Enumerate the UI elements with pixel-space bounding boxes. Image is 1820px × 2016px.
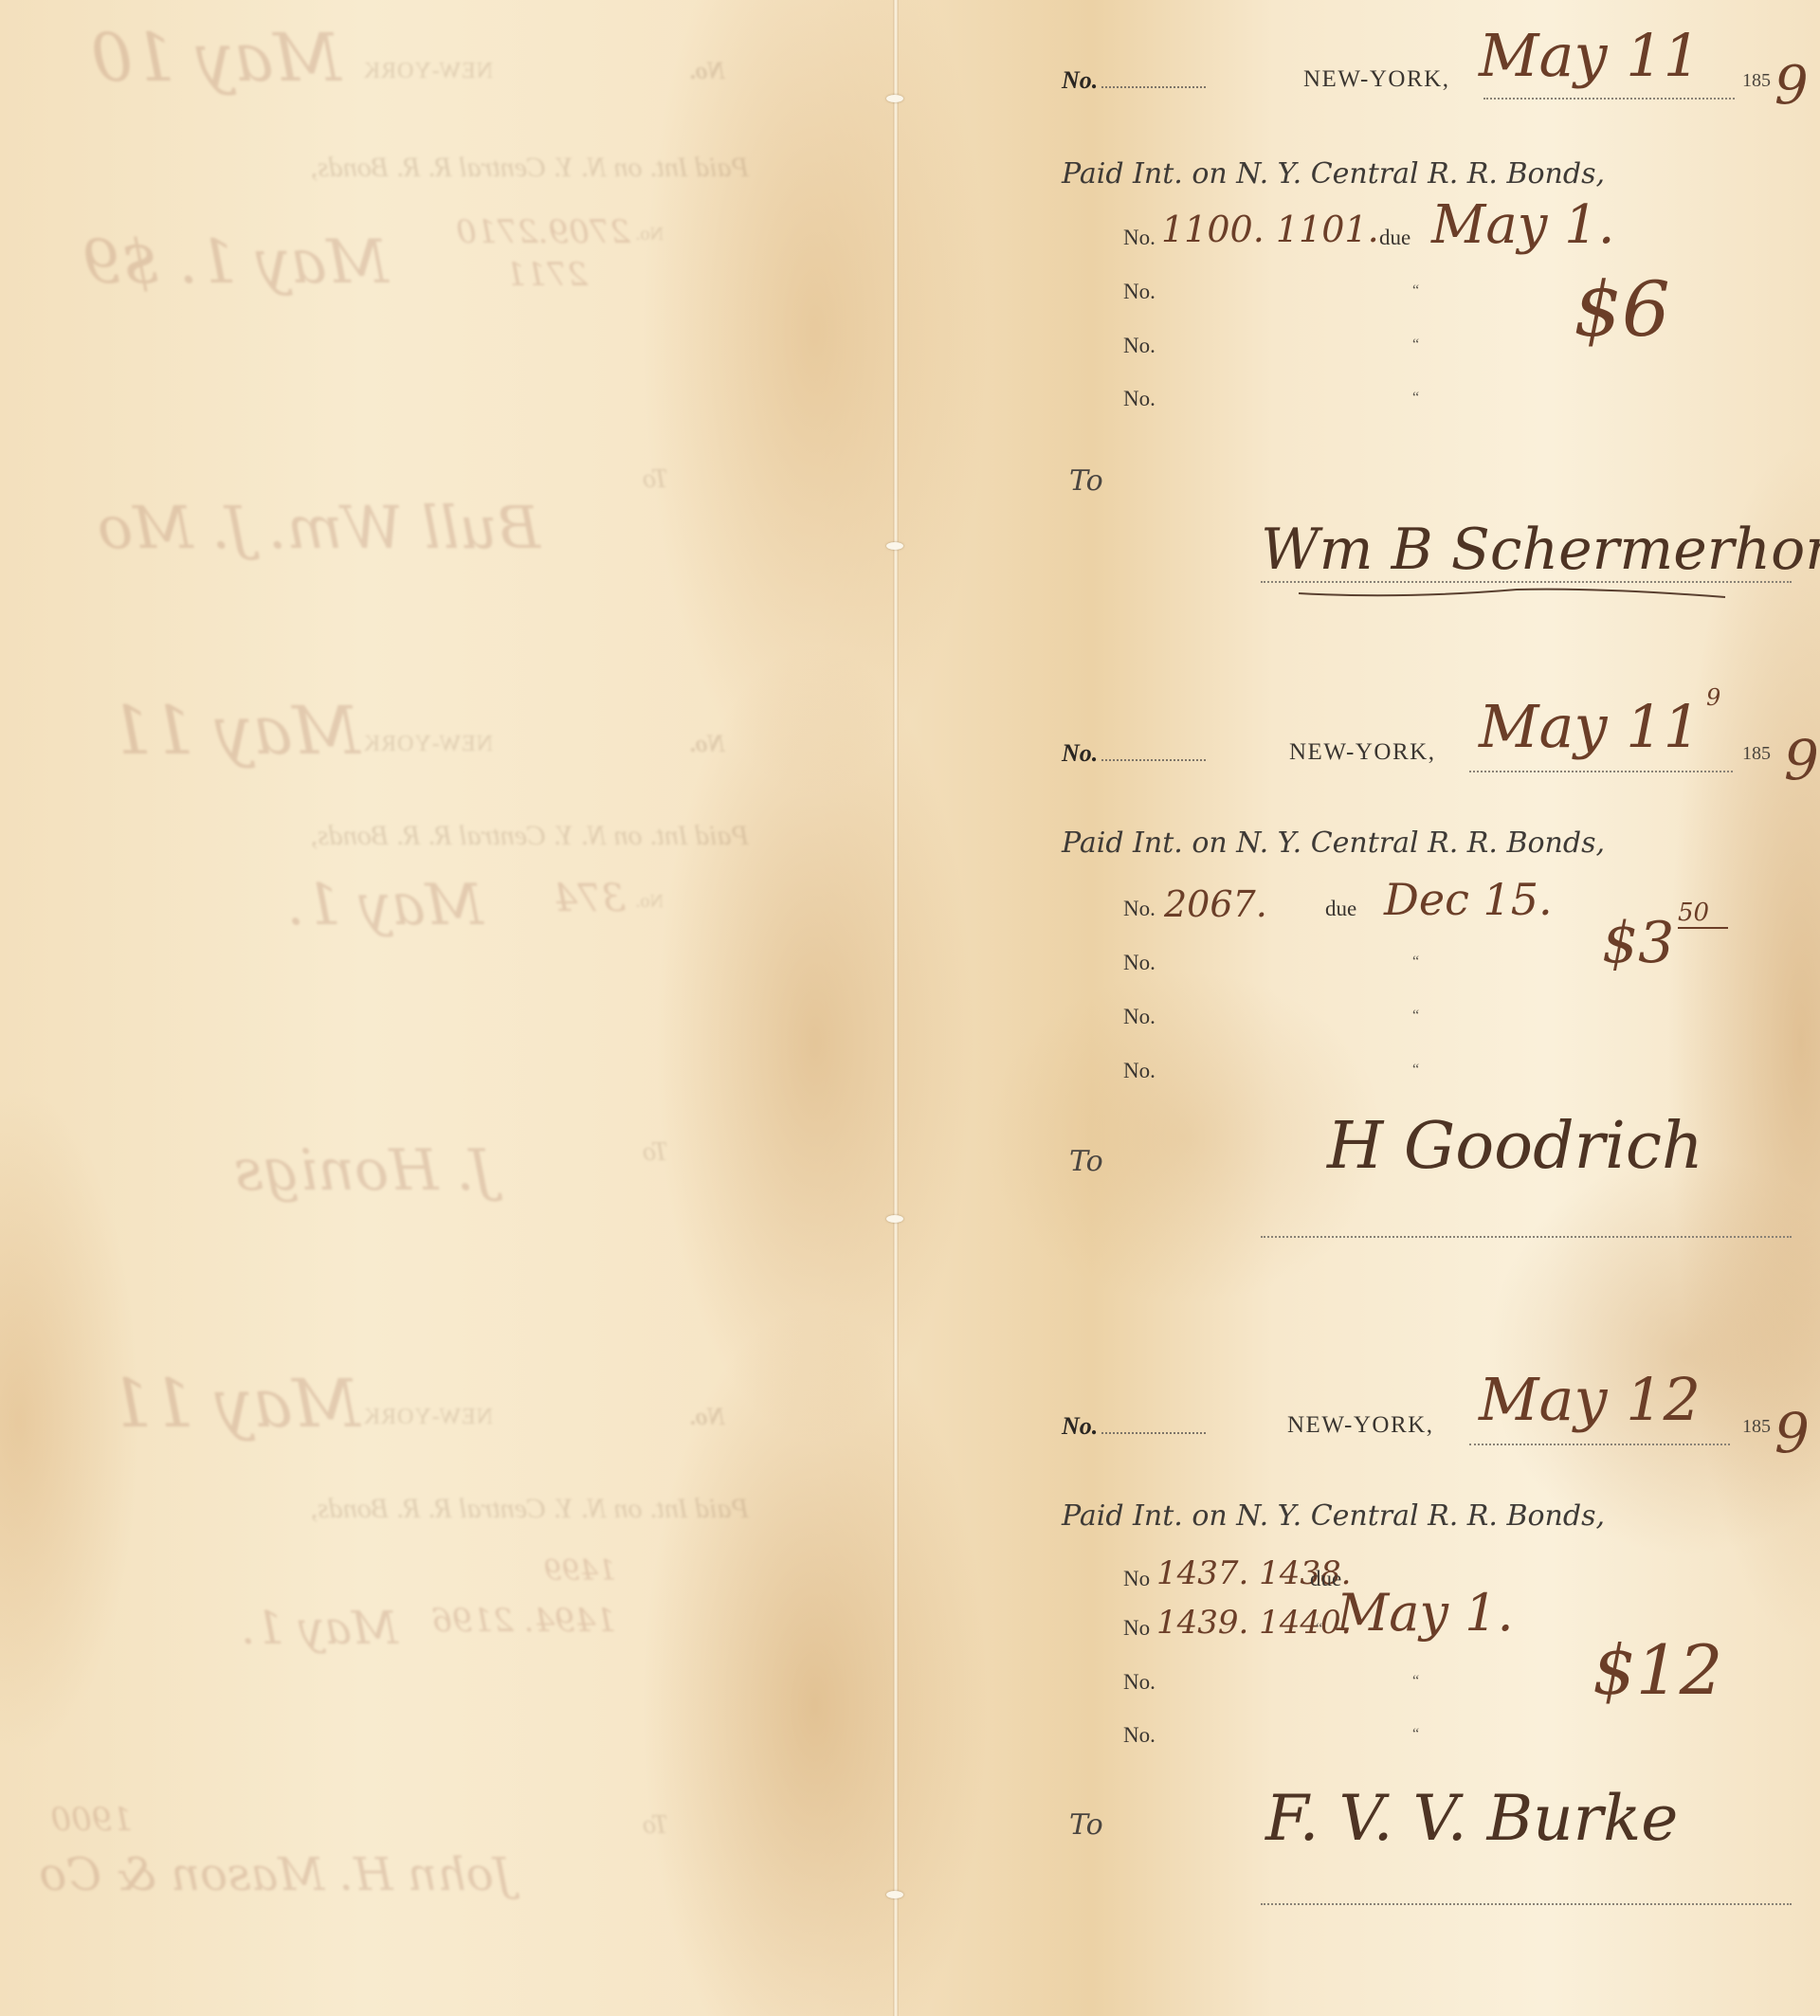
amount-handwritten: $12 xyxy=(1592,1630,1722,1710)
binding-stitch xyxy=(886,542,903,550)
no-label: No. xyxy=(1062,1412,1098,1440)
bond-line-label: No. xyxy=(1123,1059,1156,1083)
ditto-mark: “ xyxy=(1412,282,1419,300)
ghost-line-number: 2709.2710 xyxy=(456,213,630,251)
year-prefix: 185 xyxy=(1742,70,1771,92)
bond-line-label: No xyxy=(1123,1616,1150,1641)
year-prefix: 185 xyxy=(1742,743,1771,765)
city-label: NEW-YORK, xyxy=(1303,66,1449,93)
receipt-title: Paid Int. on N. Y. Central R. R. Bonds, xyxy=(1062,157,1605,191)
ditto-mark: “ xyxy=(1412,1008,1419,1025)
ghost-date: May 11 xyxy=(110,692,360,770)
ditto-mark: “ xyxy=(1412,1062,1419,1079)
payee-signature: F. V. V. Burke xyxy=(1265,1782,1678,1855)
signature-line xyxy=(1261,1235,1792,1238)
ghost-due: May 1. xyxy=(287,872,483,938)
ghost-payee: John H. Mason & Co xyxy=(39,1848,512,1901)
binding-stitch xyxy=(886,95,903,102)
ghost-line-number: 1499 xyxy=(544,1554,616,1588)
city-label: NEW-YORK, xyxy=(1289,739,1435,766)
bond-line-label: No. xyxy=(1123,1670,1156,1695)
ghost-line-label: No. xyxy=(636,891,664,913)
receipt-header: No. xyxy=(1062,1412,1206,1441)
receipt-1: No. NEW-YORK, May 11 185 9 Paid Int. on … xyxy=(1062,0,1801,663)
to-label: To xyxy=(1069,464,1103,498)
date-handwritten: May 11 xyxy=(1479,692,1701,761)
bond-line-label: No. xyxy=(1123,334,1156,358)
date-handwritten: May 11 xyxy=(1479,21,1701,90)
ghost-to: To xyxy=(643,1810,668,1841)
payee-signature: H Goodrich xyxy=(1327,1109,1703,1184)
bond-number-handwritten: 1100. 1101. xyxy=(1161,209,1379,250)
ghost-payee: Bull Wm. J. Mo xyxy=(98,493,540,562)
ghost-title: Paid Int. on N. Y. Central R. R. Bonds, xyxy=(311,152,749,184)
to-label: To xyxy=(1069,1145,1103,1178)
year-prefix: 185 xyxy=(1742,1416,1771,1438)
amount-handwritten: $6 xyxy=(1574,265,1670,354)
no-label: No. xyxy=(1062,66,1098,94)
due-date-handwritten: May 1. xyxy=(1337,1583,1514,1643)
binding-stitch xyxy=(886,1891,903,1898)
ghost-extra: 1900 xyxy=(50,1801,133,1839)
bond-number-handwritten: 2067. xyxy=(1164,883,1267,925)
amount-handwritten: $3 xyxy=(1602,910,1674,976)
ghost-due: May 1. $9 xyxy=(82,227,389,298)
ditto-mark: “ xyxy=(1412,390,1419,407)
year-handwritten: 9 xyxy=(1784,728,1819,792)
date-line xyxy=(1469,1443,1730,1445)
bond-line-label: No. xyxy=(1123,951,1156,975)
bond-line-label: No. xyxy=(1123,280,1156,304)
payee-signature: Wm B Schermerhorn xyxy=(1261,517,1820,583)
ghost-to: To xyxy=(643,1137,668,1168)
binding-stitch xyxy=(886,1215,903,1223)
ghost-payee: J. Honigs xyxy=(234,1137,493,1204)
bond-line-label: No. xyxy=(1123,897,1156,921)
ditto-mark: “ xyxy=(1316,1621,1322,1638)
receipt-2: No. NEW-YORK, May 11 9 185 9 Paid Int. o… xyxy=(1062,673,1801,1336)
to-label: To xyxy=(1069,1808,1103,1842)
ghost-date: May 11 xyxy=(110,1365,360,1443)
date-handwritten: May 12 xyxy=(1479,1365,1701,1434)
ditto-mark: “ xyxy=(1412,1726,1419,1743)
bond-line-label: No. xyxy=(1123,1005,1156,1029)
ghost-city: NEW-YORK xyxy=(363,732,493,757)
due-label: due xyxy=(1325,897,1356,921)
ghost-date: May 10 xyxy=(91,19,341,97)
ghost-title: Paid Int. on N. Y. Central R. R. Bonds, xyxy=(311,1493,749,1525)
ghost-city: NEW-YORK xyxy=(363,59,493,84)
ghost-line-label: No. xyxy=(636,224,664,245)
signature-flourish xyxy=(1289,576,1744,605)
date-line xyxy=(1469,770,1733,772)
year-handwritten: 9 xyxy=(1774,1401,1810,1465)
bond-line-label: No. xyxy=(1123,387,1156,411)
receipt-header: No. xyxy=(1062,739,1206,768)
ghost-title: Paid Int. on N. Y. Central R. R. Bonds, xyxy=(311,820,749,852)
receipt-3: No. NEW-YORK, May 12 185 9 Paid Int. on … xyxy=(1062,1346,1801,2016)
ditto-mark: “ xyxy=(1412,336,1419,354)
due-date-handwritten: Dec 15. xyxy=(1384,874,1553,925)
year-handwritten: 9 xyxy=(1774,55,1809,117)
signature-line xyxy=(1261,1902,1792,1905)
due-date-handwritten: May 1. xyxy=(1431,194,1615,256)
date-line xyxy=(1483,97,1735,100)
ghost-city: NEW-YORK xyxy=(363,1405,493,1430)
ghost-line2-number: 2711 xyxy=(505,256,588,294)
ghost-no-label: No. xyxy=(689,1403,725,1431)
city-label: NEW-YORK, xyxy=(1287,1412,1433,1439)
left-page-bleed-through: No. NEW-YORK May 10 Paid Int. on N. Y. C… xyxy=(0,0,891,2016)
bond-line-label: No xyxy=(1123,1567,1150,1591)
ghost-line-number: 374 xyxy=(554,877,626,920)
ghost-no-label: No. xyxy=(689,57,725,85)
bond-line-label: No. xyxy=(1123,226,1156,250)
receipt-title: Paid Int. on N. Y. Central R. R. Bonds, xyxy=(1062,826,1605,860)
ditto-mark: “ xyxy=(1412,954,1419,971)
due-label: due xyxy=(1379,226,1410,250)
book-spine xyxy=(893,0,899,2016)
amount-cents-handwritten: 50 xyxy=(1678,899,1728,929)
bond-line-label: No. xyxy=(1123,1723,1156,1748)
ghost-due: May 1. xyxy=(241,1602,398,1655)
ditto-mark: “ xyxy=(1412,1673,1419,1690)
date-superscript: 9 xyxy=(1706,684,1720,711)
receipt-header: No. xyxy=(1062,66,1206,95)
no-label: No. xyxy=(1062,739,1098,767)
ghost-no-label: No. xyxy=(689,730,725,758)
ghost-to: To xyxy=(643,464,668,495)
ghost-line2-number: 1494. 2196 xyxy=(431,1602,616,1640)
receipt-title: Paid Int. on N. Y. Central R. R. Bonds, xyxy=(1062,1499,1605,1533)
